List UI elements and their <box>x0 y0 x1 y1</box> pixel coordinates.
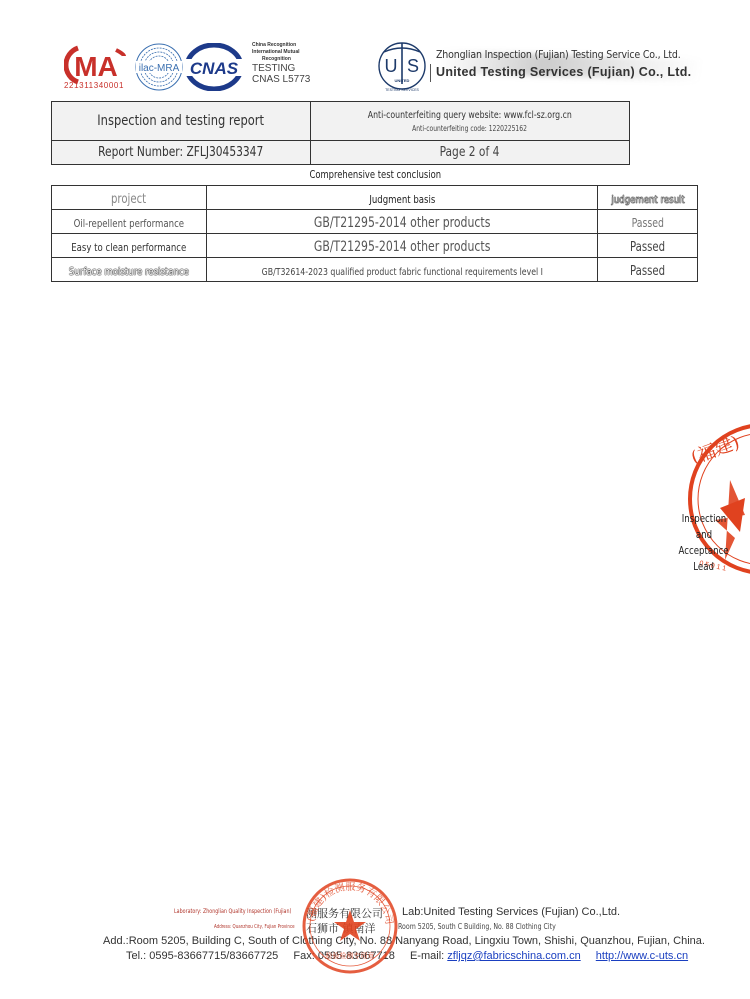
footer-address-room: Room 5205, South C Building, No. 88 Clot… <box>398 922 556 931</box>
ilac-mra-logo-icon: ilac-MRA <box>134 42 184 92</box>
svg-text:检验检测专用章: 检验检测专用章 <box>326 951 375 960</box>
footer-laboratory-cn: Laboratory: Zhonglian Quality Inspection… <box>174 908 291 915</box>
accreditation-logos: MA 221311340001 ilac-MRA CNAS China Reco… <box>62 40 322 94</box>
company-name-line1: Zhonglian Inspection (Fujian) Testing Se… <box>436 48 681 61</box>
company-seal-icon: (福建)检测服务有限公司 检验检测专用章 <box>300 876 400 976</box>
page-indicator: Page 2 of 4 <box>440 145 500 160</box>
table-header-row: project Judgment basis judgement result <box>52 186 698 210</box>
footer-address-cn: Address: Quanzhou City, Fujian Province <box>214 924 295 930</box>
cell-project: Surface moisture resistance <box>52 258 207 282</box>
inspection-acceptance-lead-label: Inspection and Acceptance Lead <box>668 511 740 575</box>
company-name: Zhonglian Inspection (Fujian) Testing Se… <box>436 48 720 79</box>
uts-logo-icon: U S UNITED TESTING SERVICES <box>376 40 428 94</box>
cell-basis: GB/T32614-2023 qualified product fabric … <box>206 258 597 282</box>
table-row: Easy to clean performance GB/T21295-2014… <box>52 234 698 258</box>
cell-result: Passed <box>598 210 698 234</box>
report-number: Report Number: ZFLJ30453347 <box>98 145 263 160</box>
report-title: Inspection and testing report <box>98 113 265 129</box>
cma-code: 221311340001 <box>64 81 124 90</box>
anti-counterfeit-code: Anti-counterfeiting code: 1220225162 <box>412 124 527 133</box>
cell-result: Passed <box>598 258 698 282</box>
company-divider <box>430 64 431 82</box>
table-row: Surface moisture resistance GB/T32614-20… <box>52 258 698 282</box>
conclusion-title: Comprehensive test conclusion <box>0 169 750 181</box>
svg-text:UNITED: UNITED <box>395 78 410 83</box>
svg-text:CNAS: CNAS <box>190 59 239 78</box>
svg-text:ilac-MRA: ilac-MRA <box>139 63 180 74</box>
cell-basis: GB/T21295-2014 other products <box>206 234 597 258</box>
footer-website-link[interactable]: http://www.c-uts.cn <box>596 950 688 962</box>
footer-email-link[interactable]: zfljqz@fabricschina.com.cn <box>447 950 580 962</box>
column-header-result: judgement result <box>598 186 698 210</box>
cell-project: Oil-repellent performance <box>52 210 207 234</box>
anti-counterfeit-website: Anti-counterfeiting query website: www.f… <box>367 110 571 121</box>
footer-tel: Tel.: 0595-83667715/83667725 <box>126 950 278 962</box>
cnas-logo-icon: CNAS <box>184 43 244 91</box>
cell-project: Easy to clean performance <box>52 234 207 258</box>
svg-text:(福建): (福建) <box>688 432 742 469</box>
footer-email-label: E-mail: <box>410 950 444 962</box>
cell-basis: GB/T21295-2014 other products <box>206 210 597 234</box>
column-header-project: project <box>52 186 207 210</box>
footer-lab-en: Lab:United Testing Services (Fujian) Co.… <box>402 906 620 918</box>
conclusion-table: project Judgment basis judgement result … <box>51 185 698 282</box>
cnas-info: China Recognition International Mutual R… <box>252 42 310 85</box>
cell-result: Passed <box>598 234 698 258</box>
report-header-box: Inspection and testing report Anti-count… <box>51 101 630 165</box>
footer-contact: Tel.: 0595-83667715/83667725 Fax: 0595-8… <box>126 950 688 962</box>
svg-text:U: U <box>385 56 398 76</box>
svg-text:MA: MA <box>74 51 118 82</box>
company-name-line2: United Testing Services (Fujian) Co., Lt… <box>436 65 720 79</box>
svg-text:TESTING SERVICES: TESTING SERVICES <box>385 88 419 92</box>
svg-text:S: S <box>407 56 419 76</box>
column-header-basis: Judgment basis <box>206 186 597 210</box>
table-row: Oil-repellent performance GB/T21295-2014… <box>52 210 698 234</box>
